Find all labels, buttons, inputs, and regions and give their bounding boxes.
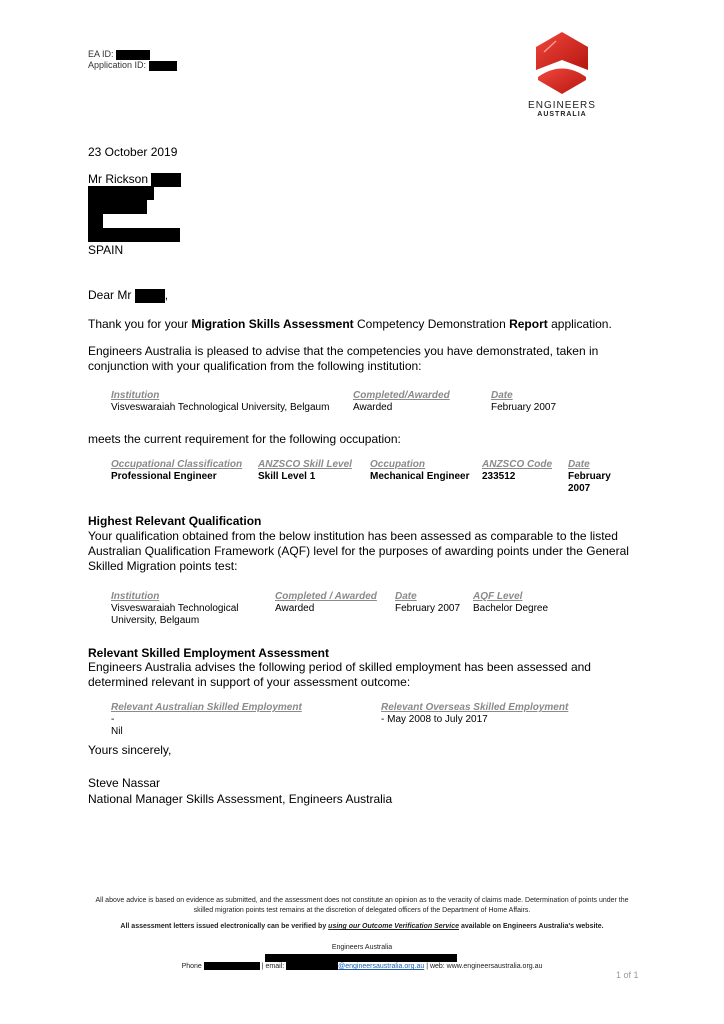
intro-bold-program: Migration Skills Assessment (191, 317, 353, 331)
recipient-name-line: Mr Rickson (88, 172, 181, 187)
ea-id-label: EA ID: (88, 49, 114, 59)
col-header-occupational-classification: Occupational Classification (111, 459, 242, 470)
redacted-surname (151, 173, 181, 187)
cell-aqf-level: Bachelor Degree (473, 603, 548, 615)
signatory-title: National Manager Skills Assessment, Engi… (88, 792, 392, 807)
col-header-occupation: Occupation (370, 459, 425, 470)
cell-institution: Visveswaraiah Technological University, … (111, 603, 251, 627)
col-header-completed: Completed/Awarded (353, 390, 450, 401)
cell-overseas-employment: - May 2008 to July 2017 (381, 714, 488, 726)
verify-suffix: available on Engineers Australia's websi… (459, 923, 604, 930)
col-header-institution: Institution (111, 390, 159, 401)
cell-date: February 2007 (395, 603, 460, 615)
salutation: Dear Mr , (88, 288, 168, 303)
closing: Yours sincerely, (88, 743, 171, 758)
intro-bold-report: Report (509, 317, 548, 331)
redacted-address-line-3 (88, 214, 103, 228)
logo-line1: ENGINEERS (520, 100, 604, 111)
redacted-salutation-name (135, 289, 165, 303)
redacted-address (265, 954, 457, 962)
hrq-heading: Highest Relevant Qualification (88, 514, 261, 529)
redacted-email-user (286, 962, 338, 970)
cell-completed: Awarded (275, 603, 314, 615)
ea-id-line: EA ID: (88, 49, 150, 60)
cell-occupation: Mechanical Engineer (370, 471, 469, 483)
recipient-name: Mr Rickson (88, 172, 148, 186)
redacted-application-id (149, 61, 177, 71)
application-id-line: Application ID: (88, 60, 177, 71)
cell-anzsco-code: 233512 (482, 471, 515, 483)
page-indicator: 1 of 1 (616, 970, 639, 980)
meets-requirement-text: meets the current requirement for the fo… (88, 432, 401, 447)
col-header-anzsco-code: ANZSCO Code (482, 459, 552, 470)
cell-skill-level: Skill Level 1 (258, 471, 315, 483)
footer-contact-line: Phone | email: @engineersaustralia.org.a… (86, 962, 638, 972)
cell-date: February 2007 (568, 471, 616, 495)
col-header-date: Date (491, 390, 513, 401)
redacted-ea-id (116, 50, 150, 60)
col-header-completed: Completed / Awarded (275, 591, 377, 602)
salutation-suffix: , (165, 288, 168, 302)
col-header-institution: Institution (111, 591, 159, 602)
redacted-address-line-4 (88, 228, 180, 242)
footer-org-name: Engineers Australia (86, 943, 638, 953)
redacted-phone (204, 962, 260, 970)
intro-text-1: Thank you for your (88, 317, 191, 331)
col-header-aqf-level: AQF Level (473, 591, 522, 602)
hrq-text: Your qualification obtained from the bel… (88, 529, 648, 574)
engineers-australia-logo: ENGINEERS AUSTRALIA (520, 30, 604, 118)
col-header-date: Date (568, 459, 590, 470)
intro-bold-cdr: Competency Demonstration (357, 317, 506, 331)
email-link[interactable]: @engineersaustralia.org.au (338, 963, 424, 970)
redacted-address-line-2 (88, 200, 147, 214)
salutation-prefix: Dear Mr (88, 288, 131, 302)
outcome-verification-link[interactable]: using our Outcome Verification Service (328, 923, 459, 930)
hexagon-logo-icon (534, 30, 590, 96)
cell-completed: Awarded (353, 402, 392, 414)
competency-paragraph: Engineers Australia is pleased to advise… (88, 344, 628, 374)
col-header-date: Date (395, 591, 417, 602)
web-text: | web: www.engineersaustralia.org.au (426, 963, 542, 970)
signatory-name: Steve Nassar (88, 776, 160, 791)
phone-label: Phone (182, 963, 202, 970)
footer-verification: All assessment letters issued electronic… (86, 922, 638, 932)
intro-text-3: application. (548, 317, 612, 331)
cell-date: February 2007 (491, 402, 556, 414)
verify-prefix: All assessment letters issued electronic… (120, 923, 328, 930)
recipient-country: SPAIN (88, 243, 123, 258)
redacted-address-line-1 (88, 186, 154, 200)
email-label: | email: (262, 963, 284, 970)
col-header-australian-employment: Relevant Australian Skilled Employment (111, 702, 302, 713)
col-header-overseas-employment: Relevant Overseas Skilled Employment (381, 702, 568, 713)
rse-text: Engineers Australia advises the followin… (88, 660, 648, 690)
footer-disclaimer: All above advice is based on evidence as… (86, 896, 638, 916)
letter-date: 23 October 2019 (88, 145, 177, 160)
rse-heading: Relevant Skilled Employment Assessment (88, 646, 329, 661)
cell-australian-employment: - Nil (111, 714, 123, 738)
application-id-label: Application ID: (88, 60, 146, 70)
logo-line2: AUSTRALIA (520, 111, 604, 118)
cell-institution: Visveswaraiah Technological University, … (111, 402, 329, 414)
intro-paragraph: Thank you for your Migration Skills Asse… (88, 317, 648, 332)
cell-occupational-classification: Professional Engineer (111, 471, 217, 483)
col-header-anzsco-skill-level: ANZSCO Skill Level (258, 459, 352, 470)
